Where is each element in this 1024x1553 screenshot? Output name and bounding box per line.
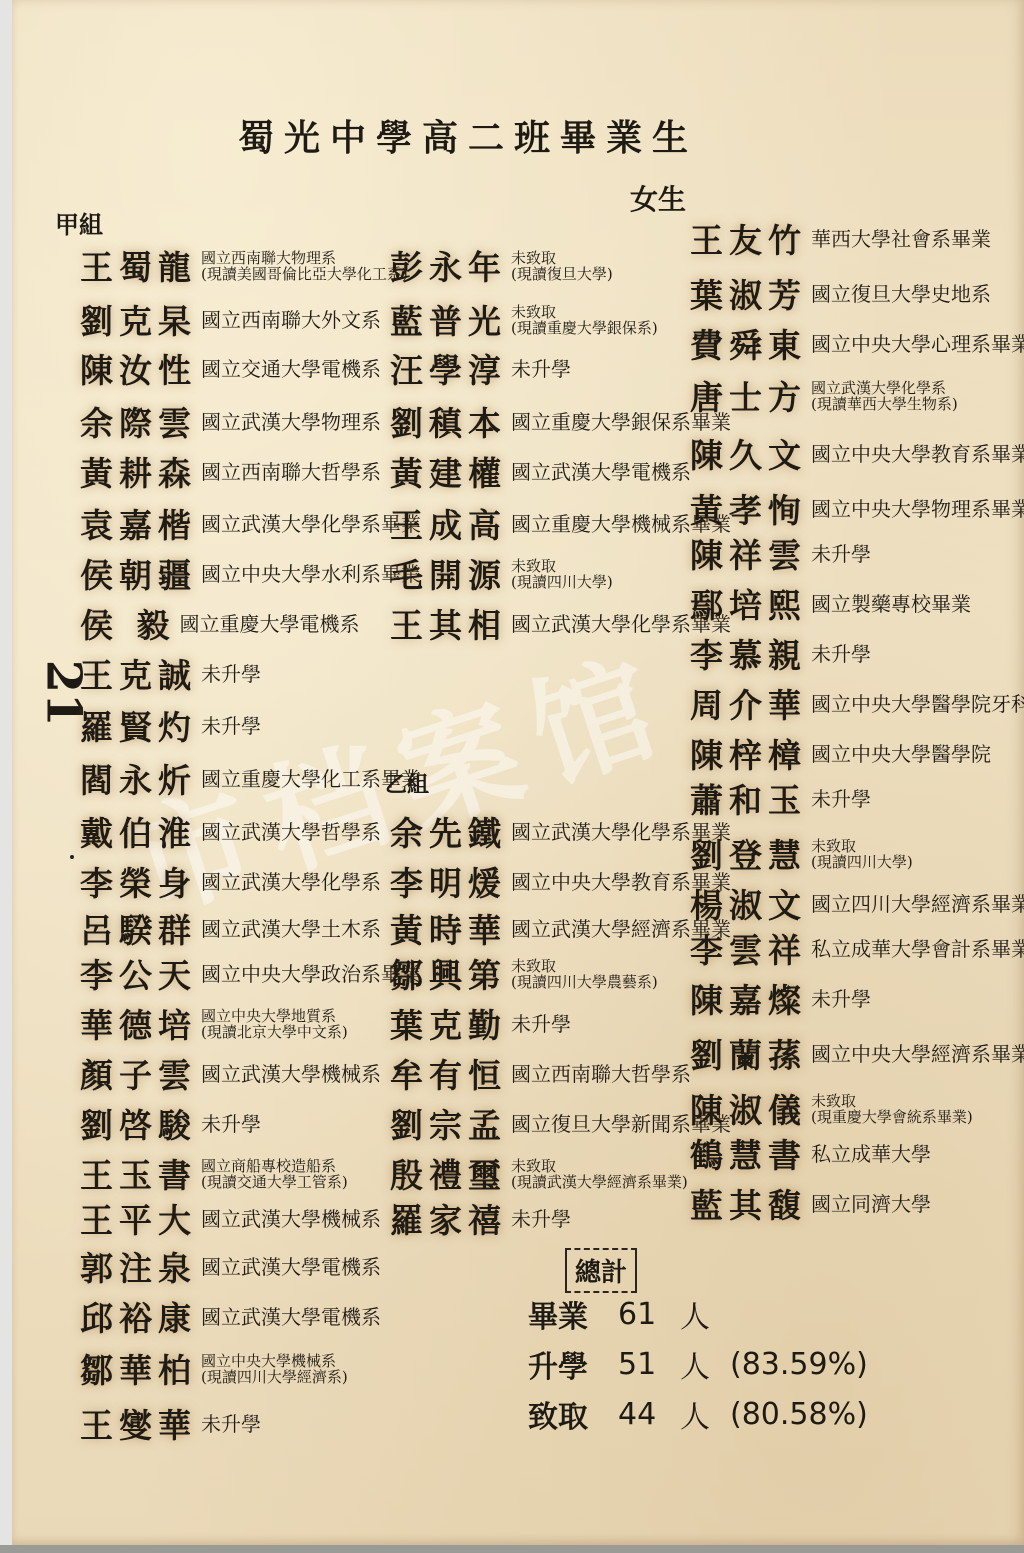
graduate-entry: 呂騤群國立武漢大學土木系 (80, 905, 381, 952)
female-section-label: 女生 (630, 178, 686, 218)
totals-row-further-study: 升學 51 人 (83.59%) (528, 1342, 868, 1386)
graduate-name: 楊淑文 (690, 880, 807, 927)
graduate-name: 陳久文 (690, 430, 807, 477)
graduate-entry: 費舜東國立中央大學心理系畢業 (690, 320, 1024, 367)
totals-label: 致取 (528, 1392, 618, 1436)
graduate-destination: 國立西南聯大外文系 (201, 310, 381, 330)
graduate-entry: 鄒興第未致取(現讀四川大學農藝系) (390, 950, 658, 997)
graduate-name: 葉克勤 (390, 1000, 507, 1047)
graduate-entry: 余先鐵國立武漢大學化學系畢業 (390, 808, 731, 855)
graduate-destination: 國立中央大學地質系(現讀北京大學中文系) (201, 1008, 348, 1040)
current-study-line: (現讀四川大學) (811, 854, 913, 870)
graduate-destination: 國立中央大學心理系畢業 (811, 334, 1024, 354)
graduate-entry: 周介華國立中央大學醫學院牙科畢業 (690, 680, 1024, 727)
current-study-line: (現讀北京大學中文系) (201, 1024, 348, 1040)
graduate-entry: 劉啓駿未升學 (80, 1100, 261, 1147)
graduate-name: 黃孝恂 (690, 485, 807, 532)
graduate-entry: 陳梓樟國立中央大學醫學院 (690, 730, 991, 777)
graduate-destination: 未致取(現讀重慶大學銀保系) (511, 304, 658, 336)
graduate-name: 彭永年 (390, 242, 507, 289)
graduate-destination: 國立武漢大學哲學系 (201, 822, 381, 842)
graduate-entry: 王成高國立重慶大學機械系畢業 (390, 500, 731, 547)
graduate-name: 鄢培熙 (690, 580, 807, 627)
current-study-line: (現讀交通大學工管系) (201, 1174, 348, 1190)
current-study-line: (現讀四川大學) (511, 574, 613, 590)
graduate-name: 王其相 (390, 600, 507, 647)
graduate-entry: 劉宗孟國立復旦大學新聞系畢業 (390, 1100, 731, 1147)
graduate-entry: 李公天國立中央大學政治系畢業 (80, 950, 421, 997)
current-study-line: (現讀美國哥倫比亞大學化工系) (201, 266, 408, 282)
destination-line: 國立西南聯大物理系 (201, 250, 408, 266)
destination-line: 未致取 (511, 958, 658, 974)
graduate-destination: 國立武漢大學機械系 (201, 1064, 381, 1084)
totals-count: 44 (618, 1397, 680, 1432)
current-study-line: (現重慶大學會統系畢業) (811, 1109, 973, 1125)
graduate-name: 郭注泉 (80, 1243, 197, 1290)
graduate-destination: 未升學 (511, 1209, 571, 1229)
graduate-destination: 私立成華大學 (811, 1144, 931, 1164)
graduate-destination: 未升學 (201, 664, 261, 684)
graduate-entry: 葉克勤未升學 (390, 1000, 571, 1047)
graduate-destination: 國立武漢大學電機系 (201, 1257, 381, 1277)
graduate-entry: 閻永炘國立重慶大學化工系畢業 (80, 755, 421, 802)
totals-table: 畢業 61 人 升學 51 人 (83.59%) 致取 44 人 (80.58%… (528, 1292, 868, 1436)
graduate-entry: 李榮身國立武漢大學化學系 (80, 858, 381, 905)
graduate-entry: 戴伯淮國立武漢大學哲學系 (80, 808, 381, 855)
graduate-entry: 鶴慧書私立成華大學 (690, 1130, 931, 1177)
graduate-destination: 國立交通大學電機系 (201, 359, 381, 379)
graduate-entry: 邱裕康國立武漢大學電機系 (80, 1293, 381, 1340)
graduate-entry: 黃耕森國立西南聯大哲學系 (80, 448, 381, 495)
destination-line: 未致取 (811, 1093, 973, 1109)
destination-line: 國立中央大學地質系 (201, 1008, 348, 1024)
graduate-name: 李雲祥 (690, 925, 807, 972)
destination-line: 未致取 (511, 1158, 688, 1174)
graduate-name: 王蜀龍 (80, 242, 197, 289)
graduate-destination: 國立商船專校造船系(現讀交通大學工管系) (201, 1158, 348, 1190)
graduate-destination: 國立中央大學水利系畢業 (201, 564, 421, 584)
graduate-name: 戴伯淮 (80, 808, 197, 855)
graduate-entry: 葉淑芳國立復旦大學史地系 (690, 270, 991, 317)
graduate-entry: 王其相國立武漢大學化學系畢業 (390, 600, 731, 647)
graduate-name: 藍其馥 (690, 1180, 807, 1227)
graduate-destination: 未升學 (201, 1114, 261, 1134)
graduate-entry: 彭永年未致取(現讀復旦大學) (390, 242, 613, 289)
graduate-name: 余先鐵 (390, 808, 507, 855)
graduate-entry: 藍其馥國立同濟大學 (690, 1180, 931, 1227)
graduate-entry: 王友竹華西大學社會系畢業 (690, 215, 991, 262)
graduate-name: 羅賢灼 (80, 702, 197, 749)
graduate-entry: 牟有恒國立西南聯大哲學系 (390, 1050, 691, 1097)
graduate-destination: 未致取(現讀四川大學) (811, 838, 913, 870)
graduate-entry: 王蜀龍國立西南聯大物理系(現讀美國哥倫比亞大學化工系) (80, 242, 408, 289)
totals-unit: 人 (680, 1342, 730, 1386)
graduate-destination: 國立中央大學經濟系畢業 (811, 1044, 1024, 1064)
destination-line: 國立武漢大學化學系 (811, 380, 958, 396)
graduate-name: 葉淑芳 (690, 270, 807, 317)
graduate-entry: 余際雲國立武漢大學物理系 (80, 398, 381, 445)
destination-line: 未致取 (511, 558, 613, 574)
totals-heading: 總計 (565, 1248, 637, 1293)
graduate-entry: 劉蘭蓀國立中央大學經濟系畢業 (690, 1030, 1024, 1077)
graduate-entry: 陳嘉燦未升學 (690, 975, 871, 1022)
graduate-entry: 汪學淳未升學 (390, 345, 571, 392)
totals-unit: 人 (680, 1392, 730, 1436)
graduate-name: 劉登慧 (690, 830, 807, 877)
graduate-name: 王友竹 (690, 215, 807, 262)
graduate-destination: 未升學 (811, 789, 871, 809)
destination-line: 未致取 (511, 250, 613, 266)
graduate-entry: 侯 毅國立重慶大學電機系 (80, 600, 360, 647)
graduate-entry: 唐士方國立武漢大學化學系(現讀華西大學生物系) (690, 372, 958, 419)
graduate-name: 黃建權 (390, 448, 507, 495)
graduate-entry: 黃時華國立武漢大學經濟系畢業 (390, 905, 731, 952)
graduate-name: 汪學淳 (390, 345, 507, 392)
graduate-destination: 國立中央大學醫學院 (811, 744, 991, 764)
graduate-entry: 羅賢灼未升學 (80, 702, 261, 749)
graduate-entry: 王燮華未升學 (80, 1400, 261, 1447)
graduate-name: 余際雲 (80, 398, 197, 445)
graduate-destination: 國立武漢大學電機系 (201, 1307, 381, 1327)
graduate-name: 唐士方 (690, 372, 807, 419)
graduate-entry: 劉克杲國立西南聯大外文系 (80, 296, 381, 343)
graduate-name: 劉稹本 (390, 398, 507, 445)
graduate-entry: 劉稹本國立重慶大學銀保系畢業 (390, 398, 731, 445)
group-a-label: 甲組 (55, 205, 103, 240)
totals-percent: (83.59%) (730, 1347, 868, 1382)
graduate-destination: 國立復旦大學史地系 (811, 284, 991, 304)
graduate-destination: 華西大學社會系畢業 (811, 229, 991, 249)
current-study-line: (現讀武漢大學經濟系畢業) (511, 1174, 688, 1190)
graduate-name: 袁嘉楷 (80, 500, 197, 547)
graduate-name: 李明煖 (390, 858, 507, 905)
graduate-entry: 郭注泉國立武漢大學電機系 (80, 1243, 381, 1290)
graduate-destination: 私立成華大學會計系畢業 (811, 939, 1024, 959)
graduate-destination: 未升學 (201, 716, 261, 736)
graduate-name: 劉克杲 (80, 296, 197, 343)
scan-edge (0, 1545, 1024, 1553)
ink-dot (70, 855, 74, 859)
graduate-name: 劉蘭蓀 (690, 1030, 807, 1077)
graduate-destination: 國立西南聯大哲學系 (201, 462, 381, 482)
graduate-destination: 國立武漢大學物理系 (201, 412, 381, 432)
current-study-line: (現讀重慶大學銀保系) (511, 320, 658, 336)
totals-percent: (80.58%) (730, 1397, 868, 1432)
graduate-name: 羅家禧 (390, 1195, 507, 1242)
graduate-name: 呂騤群 (80, 905, 197, 952)
graduate-destination: 未致取(現讀武漢大學經濟系畢業) (511, 1158, 688, 1190)
graduate-destination: 未升學 (811, 544, 871, 564)
graduate-entry: 楊淑文國立四川大學經濟系畢業 (690, 880, 1024, 927)
graduate-destination: 未升學 (511, 359, 571, 379)
graduate-name: 邱裕康 (80, 1293, 197, 1340)
graduate-destination: 國立武漢大學機械系 (201, 1209, 381, 1229)
totals-count: 61 (618, 1297, 680, 1332)
graduate-destination: 國立中央大學醫學院牙科畢業 (811, 694, 1024, 714)
graduate-entry: 侯朝疆國立中央大學水利系畢業 (80, 550, 421, 597)
current-study-line: (現讀復旦大學) (511, 266, 613, 282)
graduate-name: 鄒興第 (390, 950, 507, 997)
graduate-entry: 李明煖國立中央大學教育系畢業 (390, 858, 731, 905)
graduate-destination: 國立武漢大學化學系畢業 (201, 514, 421, 534)
graduate-name: 陳嘉燦 (690, 975, 807, 1022)
graduate-destination: 國立重慶大學電機系 (180, 614, 360, 634)
graduate-entry: 王玉書國立商船專校造船系(現讀交通大學工管系) (80, 1150, 348, 1197)
graduate-name: 李公天 (80, 950, 197, 997)
graduate-name: 殷禮璽 (390, 1150, 507, 1197)
graduate-entry: 陳淑儀未致取(現重慶大學會統系畢業) (690, 1085, 973, 1132)
graduate-entry: 毛開源未致取(現讀四川大學) (390, 550, 613, 597)
destination-line: 未致取 (511, 304, 658, 320)
graduate-destination: 國立武漢大學化學系 (201, 872, 381, 892)
graduate-name: 陳淑儀 (690, 1085, 807, 1132)
graduate-name: 牟有恒 (390, 1050, 507, 1097)
graduate-entry: 王克誠未升學 (80, 650, 261, 697)
totals-label: 升學 (528, 1342, 618, 1386)
graduate-destination: 國立重慶大學化工系畢業 (201, 769, 421, 789)
graduate-name: 李榮身 (80, 858, 197, 905)
graduate-name: 周介華 (690, 680, 807, 727)
graduate-entry: 袁嘉楷國立武漢大學化學系畢業 (80, 500, 421, 547)
graduate-destination: 國立中央大學物理系畢業 (811, 499, 1024, 519)
graduate-entry: 陳祥雲未升學 (690, 530, 871, 577)
graduate-name: 黃耕森 (80, 448, 197, 495)
graduate-destination: 未致取(現讀四川大學) (511, 558, 613, 590)
destination-line: 未致取 (811, 838, 913, 854)
graduate-name: 毛開源 (390, 550, 507, 597)
graduate-destination: 國立同濟大學 (811, 1194, 931, 1214)
graduate-name: 李慕親 (690, 630, 807, 677)
graduate-name: 王克誠 (80, 650, 197, 697)
graduate-destination: 未升學 (811, 644, 871, 664)
totals-unit: 人 (680, 1292, 730, 1336)
graduate-entry: 黃孝恂國立中央大學物理系畢業 (690, 485, 1024, 532)
graduate-destination: 國立武漢大學化學系(現讀華西大學生物系) (811, 380, 958, 412)
graduate-name: 侯 毅 (80, 600, 176, 647)
graduate-destination: 國立武漢大學電機系 (511, 462, 691, 482)
graduate-name: 鄒華柏 (80, 1345, 197, 1392)
graduate-name: 侯朝疆 (80, 550, 197, 597)
graduate-name: 陳祥雲 (690, 530, 807, 577)
graduate-entry: 顏子雲國立武漢大學機械系 (80, 1050, 381, 1097)
graduate-name: 費舜東 (690, 320, 807, 367)
graduate-entry: 黃建權國立武漢大學電機系 (390, 448, 691, 495)
destination-line: 國立商船專校造船系 (201, 1158, 348, 1174)
graduate-name: 陳汝性 (80, 345, 197, 392)
graduate-destination: 國立西南聯大哲學系 (511, 1064, 691, 1084)
destination-line: 國立中央大學機械系 (201, 1353, 348, 1369)
graduate-destination: 未致取(現重慶大學會統系畢業) (811, 1093, 973, 1125)
graduate-entry: 鄢培熙國立製藥專校畢業 (690, 580, 971, 627)
graduate-entry: 藍普光未致取(現讀重慶大學銀保系) (390, 296, 658, 343)
graduate-name: 藍普光 (390, 296, 507, 343)
graduate-name: 王玉書 (80, 1150, 197, 1197)
graduate-destination: 未升學 (511, 1014, 571, 1034)
graduate-entry: 王平大國立武漢大學機械系 (80, 1195, 381, 1242)
graduate-name: 閻永炘 (80, 755, 197, 802)
graduate-destination: 國立西南聯大物理系(現讀美國哥倫比亞大學化工系) (201, 250, 408, 282)
current-study-line: (現讀華西大學生物系) (811, 396, 958, 412)
graduate-destination: 國立中央大學政治系畢業 (201, 964, 421, 984)
graduate-name: 蕭和玉 (690, 775, 807, 822)
totals-count: 51 (618, 1347, 680, 1382)
graduate-entry: 羅家禧未升學 (390, 1195, 571, 1242)
graduate-entry: 蕭和玉未升學 (690, 775, 871, 822)
graduate-entry: 李慕親未升學 (690, 630, 871, 677)
totals-row-graduated: 畢業 61 人 (528, 1292, 868, 1336)
graduate-entry: 陳久文國立中央大學教育系畢業 (690, 430, 1024, 477)
graduate-entry: 殷禮璽未致取(現讀武漢大學經濟系畢業) (390, 1150, 688, 1197)
graduate-destination: 國立中央大學機械系(現讀四川大學經濟系) (201, 1353, 348, 1385)
graduate-entry: 劉登慧未致取(現讀四川大學) (690, 830, 913, 877)
graduate-entry: 陳汝性國立交通大學電機系 (80, 345, 381, 392)
graduate-name: 王成高 (390, 500, 507, 547)
document-title: 蜀光中學高二班畢業生 (238, 110, 698, 161)
graduate-name: 劉宗孟 (390, 1100, 507, 1147)
graduate-destination: 國立四川大學經濟系畢業 (811, 894, 1024, 914)
graduate-destination: 未致取(現讀復旦大學) (511, 250, 613, 282)
graduate-name: 陳梓樟 (690, 730, 807, 777)
graduate-entry: 李雲祥私立成華大學會計系畢業 (690, 925, 1024, 972)
current-study-line: (現讀四川大學經濟系) (201, 1369, 348, 1385)
graduate-name: 劉啓駿 (80, 1100, 197, 1147)
totals-row-admitted: 致取 44 人 (80.58%) (528, 1392, 868, 1436)
graduate-name: 顏子雲 (80, 1050, 197, 1097)
graduate-destination: 國立製藥專校畢業 (811, 594, 971, 614)
graduate-destination: 未致取(現讀四川大學農藝系) (511, 958, 658, 990)
graduate-name: 黃時華 (390, 905, 507, 952)
totals-label: 畢業 (528, 1292, 618, 1336)
graduate-destination: 國立中央大學教育系畢業 (811, 444, 1024, 464)
graduate-name: 王燮華 (80, 1400, 197, 1447)
graduate-entry: 鄒華柏國立中央大學機械系(現讀四川大學經濟系) (80, 1345, 348, 1392)
graduate-name: 王平大 (80, 1195, 197, 1242)
graduate-name: 鶴慧書 (690, 1130, 807, 1177)
current-study-line: (現讀四川大學農藝系) (511, 974, 658, 990)
graduate-name: 華德培 (80, 1000, 197, 1047)
graduate-entry: 華德培國立中央大學地質系(現讀北京大學中文系) (80, 1000, 348, 1047)
graduate-destination: 未升學 (201, 1414, 261, 1434)
graduate-destination: 未升學 (811, 989, 871, 1009)
graduate-destination: 國立武漢大學土木系 (201, 919, 381, 939)
